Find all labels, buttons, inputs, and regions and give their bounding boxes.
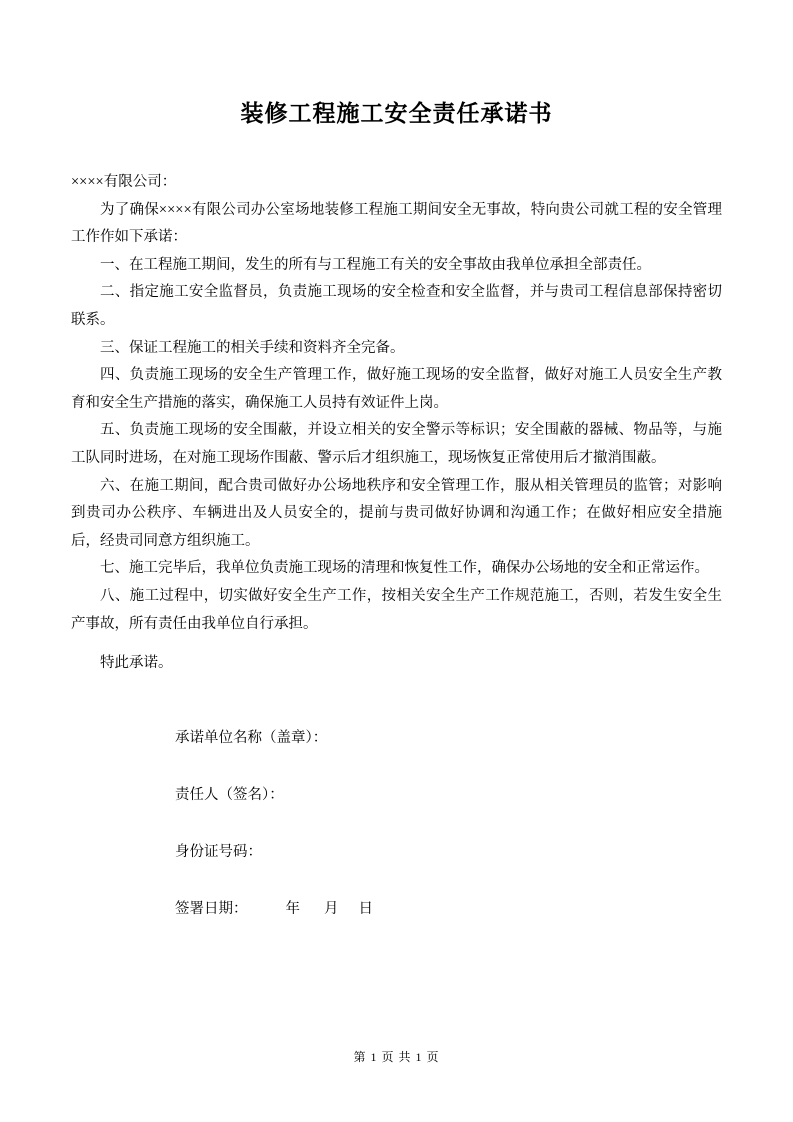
- signature-unit-label: 承诺单位名称（盖章）：: [175, 724, 722, 752]
- signature-block: 承诺单位名称（盖章）： 责任人（签名）： 身份证号码： 签署日期：年月日: [175, 724, 722, 923]
- document-content: 装修工程施工安全责任承诺书 ××××有限公司： 为了确保××××有限公司办公室场…: [0, 0, 793, 923]
- clause-3: 三、保证工程施工的相关手续和资料齐全完备。: [71, 335, 722, 363]
- date-year-label: 年: [286, 901, 301, 917]
- clause-6: 六、在施工期间，配合贵司做好办公场地秩序和安全管理工作，服从相关管理员的监管；对…: [71, 473, 722, 556]
- date-month-label: 月: [324, 901, 339, 917]
- clause-2: 二、指定施工安全监督员，负责施工现场的安全检查和安全监督，并与贵司工程信息部保持…: [71, 279, 722, 334]
- date-label: 签署日期：: [175, 901, 248, 917]
- document-title: 装修工程施工安全责任承诺书: [71, 97, 722, 129]
- intro-paragraph: 为了确保××××有限公司办公室场地装修工程施工期间安全无事故，特向贵公司就工程的…: [71, 197, 722, 252]
- salutation-line: ××××有限公司：: [71, 169, 722, 197]
- clause-5: 五、负责施工现场的安全围蔽，并设立相关的安全警示等标识；安全围蔽的器械、物品等，…: [71, 417, 722, 472]
- closing-statement: 特此承诺。: [71, 650, 722, 678]
- document-page: 装修工程施工安全责任承诺书 ××××有限公司： 为了确保××××有限公司办公室场…: [0, 0, 793, 1122]
- clause-4: 四、负责施工现场的安全生产管理工作，做好施工现场的安全监督，做好对施工人员安全生…: [71, 362, 722, 417]
- page-number-footer: 第 1 页 共 1 页: [0, 1048, 793, 1065]
- clause-8: 八、施工过程中，切实做好安全生产工作，按相关安全生产工作规范施工，否则，若发生安…: [71, 583, 722, 638]
- signature-date-line: 签署日期：年月日: [175, 895, 722, 923]
- clause-1: 一、在工程施工期间，发生的所有与工程施工有关的安全事故由我单位承担全部责任。: [71, 252, 722, 280]
- clause-7: 七、施工完毕后，我单位负责施工现场的清理和恢复性工作，确保办公场地的安全和正常运…: [71, 555, 722, 583]
- signature-signer-label: 责任人（签名）：: [175, 781, 722, 809]
- signature-id-label: 身份证号码：: [175, 838, 722, 866]
- date-day-label: 日: [359, 901, 374, 917]
